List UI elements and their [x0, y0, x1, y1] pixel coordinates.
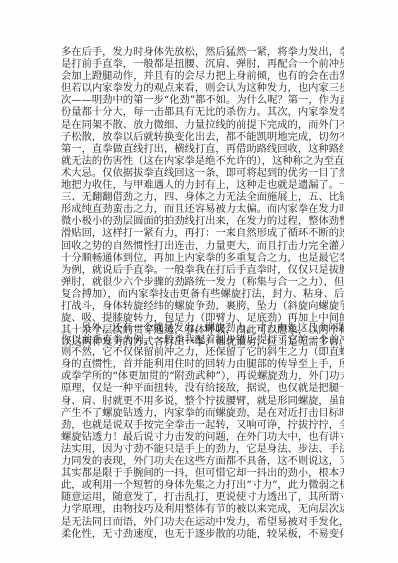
text-line: 其实都是限于手腕间的一抖，但可惜它却一抖出的劲小，根本无法相撞之后，身了或仅仅于 [61, 467, 344, 479]
text-line: 柔化性，无寸劲速度，也无于逐步散的功能，较呆板，不易变化，如要在定打中测试力量， [61, 528, 344, 540]
text-line: 弹肘，就很少六个步骤的劲路统一发力（称集与合一之力），但缺乏整体连贯性。只是简单… [61, 276, 344, 288]
text-line: 身、肩、肘就更不用多说，整个拧拔腰臂，就是形同螺旋，虽能产生一定的力量，但仍然绝 [61, 395, 344, 407]
text-line: 身的直惯性，首并能利用住时的回转力由腿部的传导至上手，所以，更加雄猛打击力。现令… [61, 358, 344, 370]
text-line: 为例，就说后手直拳。一般拳我在打后手直拳时，仅仅只是拔腰、扬骨、送手转身、拖矿、 [61, 264, 344, 276]
text-line: 但若以内家拳发力的观点来看，则会认为这种发力，也内家三步功夫，三个层次中第一个层 [61, 82, 344, 94]
text-line: 回收之势的自然惯性打出连击，力量更大，而且打击力完全灌入敌体，透透作极强，整体力 [61, 240, 344, 252]
text-line: 是在同架不散、放力微细、力量拉线的前提下完成的，而外门不讲究这一点，所以，往往架 [61, 119, 344, 131]
text-line: 微小极小的劲层圆面的拍劲线打出来，在发力的过程，整体劲整体下。打后，打回，是一个… [61, 215, 344, 227]
text-line: 原理，仅是一种平面扭转，没有给接敌，据说，也仅就是把腿一被前山，根本没有螺旋劲， [61, 382, 344, 394]
text-line: 地把力收住，与甲难遇人的力封有上，这种走也就是遗漏了。一、打出力不完全，二、无透… [61, 179, 344, 191]
text-line: 产生不了螺旋钻透力，内家拳的而螺旋劲，是在对近打击目标时的螺旋钻力，而且螺旋是争 [61, 407, 344, 419]
text-line: 法实用，因为寸劲不能只是手上的劲力，它是身法、步法、手法、全身各部，周身整体、寸 [61, 443, 344, 455]
text-line: 你以前手直拳为例，一般拳我配着制步错后提打了它的一个前冲劲的冲冲力，在内家拳我 [61, 334, 344, 346]
text-line: 力学原理，由物技巧及利用整体有节的被以来完成，无向层次运用价值，至于击打效应，更 [61, 503, 344, 515]
text-line: 另外，还有一个就是发力，螺旋劲力，寸力由先这几个问题是要讲解一下，先说螺旋劲， [61, 322, 344, 334]
scanned-page: 多在后手，发力时身体先放松，然后猛然一紧，将拳力发出，拳的路线为圆，再放松。如果… [0, 0, 398, 563]
text-line: 是无法同日而语，外门功夫在运动中发力，希望易被对手发化，封逼，借劲而打，无所发挥… [61, 516, 344, 528]
text-line: 螺旋钻透力！最后说寸力击发的问题，在外门功大中，也有讲寸劲的，只不过这些寸劲都无 [61, 431, 344, 443]
text-line: 或拳学所的“体更加贯的“附劲武种”），再说螺旋劲力，外门功夫是不具备此种劲力的，… [61, 370, 344, 382]
text-line: 多在后手，发力时身体先放松，然后猛然一紧，将拳力发出，拳的路线为圆，再放松。如果 [61, 46, 344, 58]
text-line: 打战斗，身体转旋经纬的螺旋争劲，裹胯，坠力（斜旋向螺旋争劲爆发，回切旋拔劲，拗劲… [61, 300, 344, 312]
text-line: 就无法的伤害性（这在内家拳是绝不允许的），这种称之为至直之力，也叫“拔射概拳”，… [61, 155, 344, 167]
text-line: 份量都十分大，每一击都具有无比的杀伤力。其次，内家拳发拳时也讲究松—紧—松，但都 [61, 106, 344, 118]
text-line: 次——明劲中的第一步“化劲”都不如。为什么呢？第一，作为直拳，内家拳的前手、后手… [61, 94, 344, 106]
text-line: 滑贴回，这样打一紧有力，再打：一来自然形成了循环不断的连续劲力，三来可以利用这种 [61, 227, 344, 239]
paragraph-2: 另外，还有一个就是发力，螺旋劲力，寸力由先这几个问题是要讲解一下，先说螺旋劲，你… [61, 322, 344, 540]
text-line: 复合搏加），而内家拳技击更备有些螺旋打法，封力、粘身、后手回挂、并能接触对挡，穿 [61, 288, 344, 300]
text-line: 力同发的表现，外门功夫在这些方面都不具备，这不则说这，又何来寸力？它所谓的寸力， [61, 455, 344, 467]
paragraph-1: 多在后手，发力时身体先放松，然后猛然一紧，将拳力发出，拳的路线为圆，再放松。如果… [61, 46, 344, 348]
text-line: 三、无翻翻借劲之力，四、身体之力无法全面施展上，五、比错般由形态自我防御。六、较… [61, 191, 344, 203]
text-line: 会加上蹬腿动作，并且有的会尽力把上身前倾，也有的会在击发时将前臂旋转以增加力度。 [61, 70, 344, 82]
text-line: 子松散，放拳以后就转换变化出去，都不能凯明地完成，切勿不快、不灵，易受打击。 [61, 131, 344, 143]
text-line: 此，或利用一个短暂的身体先集之力打出“寸力”，此力微弱之极，完全无法保证在运动之… [61, 479, 344, 491]
text-line: 术大忌。仅依据拔拳直线回这一条，即可将起到的优劣一目了然，拳打不放骤，密度生土 [61, 167, 344, 179]
text-line: 则不然，它不仅保留前冲之力，还保留了它的斜生之力（即直螺旋接地而斜上并冲劲），料… [61, 346, 344, 358]
text-line: 劲，也就是说双手按完全拳击一起转，又响可诤，拧拔拧拧，全身过来，哪来的拧劲？放到 [61, 419, 344, 431]
text-line: 随意运用，随意发了，打击乱打，更说使寸力透出了，其所谓寸的威力表现，只不过得显于 [61, 491, 344, 503]
text-line: 十分顺畅通体到位，再加上内家拳的多重复合之力，也是最它拳没无法比拟的，仿以内拳 [61, 252, 344, 264]
text-line: 形成纯直劲蛮击之力，而且还容易被力太偏。而内家拳在发力时或截摆打或线打出，或以一… [61, 203, 344, 215]
text-line: 是打前手直拳，一般都是扭腰、沉肩、弹肘，再配合一个前冲步垫单的冲力；如果是后手拳… [61, 58, 344, 70]
text-line: 第一，直拳做直线打出，横线打直，再借助路线回收，这种路线极不科学，且不在调整打击… [61, 143, 344, 155]
